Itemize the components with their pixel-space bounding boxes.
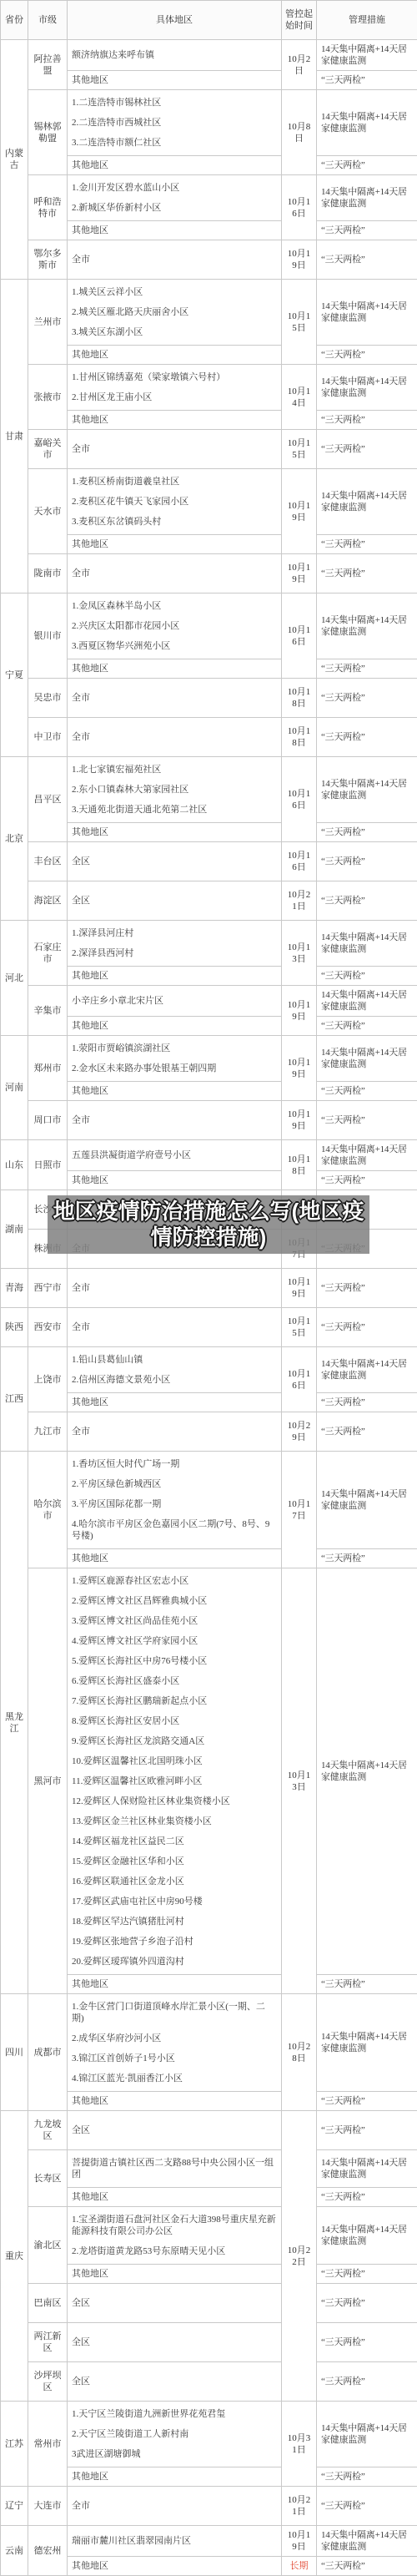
table-row: 渝北区1.宝圣湖街道石盘河社区金石大道398号重庆星充新能源科技有限公司办公区2… — [1, 2207, 417, 2265]
province-cell: 辽宁 — [1, 2487, 28, 2526]
table-row: 黑河市1.爱辉区鹿源春社区宏志小区2.爱辉区博文社区昌辉雅典城小区3.爱辉区博文… — [1, 1568, 417, 1975]
area-item: 11.爱辉区温馨社区欧雅河畔小区 — [72, 1771, 277, 1791]
city-cell: 九江市 — [28, 1412, 68, 1452]
table-row: 丰台区全区10月16日“三天两检” — [1, 842, 417, 881]
control-start-date-cell: 10月19日 — [282, 1101, 317, 1140]
area-item: 8.爱辉区长海社区安居小区 — [72, 1711, 277, 1731]
area-item: 1.二连浩特市锡林社区 — [72, 93, 277, 113]
measure-cell: “三天两检” — [317, 2323, 417, 2362]
area-cell: 1.金牛区营门口街道顶峰水岸汇景小区(一期、二期)2.成华区华府沙河小区3.锦江… — [68, 1994, 282, 2092]
area-item: 瑞丽市麓川社区翡翠园南片区 — [72, 2531, 277, 2551]
table-row: 重庆九龙坡区全区10月22日“三天两检” — [1, 2111, 417, 2150]
city-cell: 两江新区 — [28, 2323, 68, 2362]
measure-cell: “三天两检” — [317, 2284, 417, 2323]
measure-cell: “三天两检” — [317, 842, 417, 881]
table-row: 江西上饶市1.铅山县葛仙山镇2.信州区海德文景苑小区10月16日14天集中隔离+… — [1, 1347, 417, 1393]
city-cell: 西宁市 — [28, 1269, 68, 1308]
area-cell: 其他地区 — [68, 221, 282, 240]
measure-cell: 14天集中隔离+14天居家健康监测 — [317, 90, 417, 156]
header-row: 省份市级具体地区管控起始时间管理措施 — [1, 1, 417, 40]
control-start-date-cell: 10月15日 — [282, 430, 317, 469]
area-cell: 其他地区 — [68, 2188, 282, 2207]
control-start-date-cell: 10月19日 — [282, 1036, 317, 1101]
table-row: 两江新区全区“三天两检” — [1, 2323, 417, 2362]
area-item: 1.铅山县葛仙山镇 — [72, 1350, 277, 1370]
measure-cell: “三天两检” — [317, 2111, 417, 2150]
area-item: 2.二连浩特市西城社区 — [72, 113, 277, 133]
table-row: 四川成都市1.金牛区营门口街道顶峰水岸汇景小区(一期、二期)2.成华区华府沙河小… — [1, 1994, 417, 2092]
province-cell: 陕西 — [1, 1308, 28, 1347]
measure-cell: “三天两检” — [317, 2487, 417, 2526]
measure-cell: “三天两检” — [317, 2362, 417, 2402]
area-item: 额济纳旗达来呼布镇 — [72, 45, 277, 65]
table-row: 鄂尔多斯市全市10月19日“三天两检” — [1, 240, 417, 280]
control-start-date-cell: 10月2日 — [282, 40, 317, 90]
area-cell: 全区 — [68, 2362, 282, 2402]
area-cell: 全市 — [68, 554, 282, 593]
table-row: 吴忠市全市10月18日“三天两检” — [1, 679, 417, 718]
city-cell: 兰州市 — [28, 280, 68, 365]
area-cell: 其他地区 — [68, 1549, 282, 1568]
city-cell: 嘉峪关市 — [28, 430, 68, 469]
area-cell: 其他地区 — [68, 1393, 282, 1412]
area-item: 19.爱辉区张地营子乡泡子沿村 — [72, 1932, 277, 1952]
measure-cell: 14天集中隔离+14天居家健康监测 — [317, 2402, 417, 2467]
area-item: 1.天宁区兰陵街道九洲新世界花苑君玺 — [72, 2404, 277, 2424]
city-cell: 阿拉善盟 — [28, 40, 68, 90]
area-cell: 其他地区 — [68, 823, 282, 842]
control-start-date-cell: 10月16日 — [282, 1347, 317, 1412]
table-row: 河北石家庄市1.深泽县河庄村2.深泽县西河村10月13日14天集中隔离+14天居… — [1, 921, 417, 967]
area-item: 4.哈尔滨市平房区金色嘉园小区二期(7号、8号、9号楼) — [72, 1514, 277, 1546]
table-row: 河南郑州市1.荥阳市贾峪镇滨湖社区2.金水区未来路办事处银基王朝四期10月19日… — [1, 1036, 417, 1082]
area-item: 15.爱辉区金融社区华和小区 — [72, 1851, 277, 1871]
city-cell: 昌平区 — [28, 757, 68, 842]
measure-cell: 14天集中隔离+14天居家健康监测 — [317, 986, 417, 1017]
table-row: 北京昌平区1.北七家镇宏福苑社区2.东小口镇森林大第家园社区3.天通苑北街道天通… — [1, 757, 417, 823]
control-start-date-cell: 10月19日 — [282, 986, 317, 1036]
area-item: 2.甘州区龙王庙小区 — [72, 387, 277, 407]
area-item: 2.城关区雁北路天庆丽舍小区 — [72, 302, 277, 322]
area-cell: 全区 — [68, 881, 282, 921]
control-start-date-cell: 10月19日 — [282, 2526, 317, 2557]
measure-cell: “三天两检” — [317, 554, 417, 593]
measure-cell: “三天两检” — [317, 2467, 417, 2487]
table-row: 周口市全市10月19日“三天两检” — [1, 1101, 417, 1140]
table-row: 宁夏银川市1.金凤区森林半岛小区2.兴庆区太阳都市花园小区3.西夏区物华兴洲苑小… — [1, 593, 417, 659]
area-item: 1.荥阳市贾峪镇滨湖社区 — [72, 1038, 277, 1058]
measure-cell: 14天集中隔离+14天居家健康监测 — [317, 175, 417, 221]
province-cell: 湖南 — [1, 1190, 28, 1269]
city-cell: 哈尔滨市 — [28, 1452, 68, 1568]
province-cell: 四川 — [1, 1994, 28, 2111]
area-cell: 其他地区 — [68, 346, 282, 365]
measure-cell: “三天两检” — [317, 2557, 417, 2576]
area-cell: 1.铅山县葛仙山镇2.信州区海德文景苑小区 — [68, 1347, 282, 1393]
control-start-date-cell: 10月19日 — [282, 1269, 317, 1308]
area-cell: 五莲县洪凝街道学府壹号小区 — [68, 1140, 282, 1171]
area-cell: 1.荥阳市贾峪镇滨湖社区2.金水区未来路办事处银基王朝四期 — [68, 1036, 282, 1082]
city-cell: 呼和浩特市 — [28, 175, 68, 240]
area-cell: 1.爱辉区鹿源春社区宏志小区2.爱辉区博文社区昌辉雅典城小区3.爱辉区博文社区尚… — [68, 1568, 282, 1975]
city-cell: 郑州市 — [28, 1036, 68, 1101]
area-item: 4.锦江区蓝光·凯丽香江小区 — [72, 2068, 277, 2089]
area-cell: 其他地区 — [68, 535, 282, 554]
area-cell: 1.甘州区锦绣嘉苑（梁家墩镇六号村）2.甘州区龙王庙小区 — [68, 365, 282, 411]
area-item: 10.爱辉区温馨社区北国明珠小区 — [72, 1751, 277, 1771]
area-item: 1.城关区云祥小区 — [72, 282, 277, 302]
area-cell: 全市 — [68, 1101, 282, 1140]
measure-cell: “三天两检” — [317, 967, 417, 986]
measure-cell: 14天集中隔离+14天居家健康监测 — [317, 1994, 417, 2092]
column-header-0: 省份 — [1, 1, 28, 40]
area-item: 2.信州区海德文景苑小区 — [72, 1370, 277, 1390]
measure-cell: “三天两检” — [317, 221, 417, 240]
measure-cell: “三天两检” — [317, 71, 417, 90]
city-cell: 上饶市 — [28, 1347, 68, 1412]
table-row: 张掖市1.甘州区锦绣嘉苑（梁家墩镇六号村）2.甘州区龙王庙小区10月14日14天… — [1, 365, 417, 411]
province-cell: 内蒙古 — [1, 40, 28, 280]
area-item: 4.爱辉区博文社区学府家园小区 — [72, 1631, 277, 1651]
city-cell: 张掖市 — [28, 365, 68, 430]
page: 省份市级具体地区管控起始时间管理措施 内蒙古阿拉善盟额济纳旗达来呼布镇10月2日… — [0, 0, 417, 2576]
measure-cell: “三天两检” — [317, 1975, 417, 1994]
measure-cell: “三天两检” — [317, 1101, 417, 1140]
city-cell: 沙坪坝区 — [28, 2362, 68, 2402]
table-row: 青海西宁市全市10月19日“三天两检” — [1, 1269, 417, 1308]
area-item: 2.东小口镇森林大第家园社区 — [72, 780, 277, 800]
area-item: 2.天宁区兰陵街道工人新村南 — [72, 2424, 277, 2444]
measure-cell: “三天两检” — [317, 1082, 417, 1101]
province-cell: 河南 — [1, 1036, 28, 1140]
area-cell: 1.金凤区森林半岛小区2.兴庆区太阳都市花园小区3.西夏区物华兴洲苑小区 — [68, 593, 282, 659]
measure-cell: 14天集中隔离+14天居家健康监测 — [317, 2526, 417, 2557]
table-row: 陕西西安市全市10月15日“三天两检” — [1, 1308, 417, 1347]
measure-cell: 14天集中隔离+14天居家健康监测 — [317, 2207, 417, 2265]
measure-cell: 14天集中隔离+14天居家健康监测 — [317, 1140, 417, 1171]
measure-cell: “三天两检” — [317, 1308, 417, 1347]
control-start-date-cell: 10月13日 — [282, 921, 317, 986]
area-item: 1.金凤区森林半岛小区 — [72, 596, 277, 616]
area-cell: 全市 — [68, 240, 282, 280]
area-cell: 1.金川开发区碧水蓝山小区2.新城区华侨新村小区 — [68, 175, 282, 221]
control-start-date-cell: 10月16日 — [282, 593, 317, 679]
area-item: 2.成华区华府沙河小区 — [72, 2028, 277, 2048]
area-item: 1.香坊区恒大时代广场一期 — [72, 1454, 277, 1474]
control-start-date-cell: 10月13日 — [282, 1568, 317, 1994]
province-cell: 山东 — [1, 1140, 28, 1190]
table-row: 呼和浩特市1.金川开发区碧水蓝山小区2.新城区华侨新村小区10月16日14天集中… — [1, 175, 417, 221]
area-item: 1.深泽县河庄村 — [72, 923, 277, 943]
area-item: 2.深泽县西河村 — [72, 943, 277, 963]
measure-cell: 14天集中隔离+14天居家健康监测 — [317, 365, 417, 411]
area-item: 5.爱辉区长海社区中房76号楼小区 — [72, 1651, 277, 1671]
table-row: 江苏常州市1.天宁区兰陵街道九洲新世界花苑君玺2.天宁区兰陵街道工人新村南3武进… — [1, 2402, 417, 2467]
measure-cell: “三天两检” — [317, 1393, 417, 1412]
area-cell: 全区 — [68, 2323, 282, 2362]
table-row: 长寿区菩提街道古镇社区西二支路88号中央公园小区一组团14天集中隔离+14天居家… — [1, 2150, 417, 2188]
measure-cell: 14天集中隔离+14天居家健康监测 — [317, 2150, 417, 2188]
control-start-date-cell: 10月18日 — [282, 718, 317, 757]
measure-cell: “三天两检” — [317, 823, 417, 842]
area-cell: 全市 — [68, 1308, 282, 1347]
table-row: 天水市1.麦积区桥南街道羲皇社区2.麦积区花牛镇天飞家园小区3.麦积区东岔镇码头… — [1, 469, 417, 535]
control-start-date-cell: 10月17日 — [282, 1452, 317, 1568]
control-start-date-cell: 10月19日 — [282, 240, 317, 280]
area-cell: 其他地区 — [68, 156, 282, 175]
measure-cell: “三天两检” — [317, 1412, 417, 1452]
region-measures-table: 省份市级具体地区管控起始时间管理措施 内蒙古阿拉善盟额济纳旗达来呼布镇10月2日… — [0, 0, 417, 2576]
area-cell: 全市 — [68, 1269, 282, 1308]
area-item: 1.麦积区桥南街道羲皇社区 — [72, 472, 277, 492]
city-cell: 银川市 — [28, 593, 68, 679]
table-row: 山东日照市五莲县洪凝街道学府壹号小区10月18日14天集中隔离+14天居家健康监… — [1, 1140, 417, 1171]
measure-cell: “三天两检” — [317, 240, 417, 280]
area-item: 2.爱辉区博文社区昌辉雅典城小区 — [72, 1591, 277, 1611]
table-row: 海淀区全区10月21日“三天两检” — [1, 881, 417, 921]
area-item: 2.龙塔街道黄龙路53号东原晴天见小区 — [72, 2241, 277, 2261]
area-cell: 其他地区 — [68, 2092, 282, 2111]
column-header-4: 管理措施 — [317, 1, 417, 40]
control-start-date-cell: 10月29日 — [282, 1412, 317, 1452]
city-cell: 丰台区 — [28, 842, 68, 881]
province-cell: 宁夏 — [1, 593, 28, 757]
table-row: 嘉峪关市全市10月15日“三天两检” — [1, 430, 417, 469]
measure-cell: “三天两检” — [317, 156, 417, 175]
measure-cell: “三天两检” — [317, 346, 417, 365]
table-row: 中卫市全市10月18日“三天两检” — [1, 718, 417, 757]
city-cell: 常州市 — [28, 2402, 68, 2487]
area-cell: 1.香坊区恒大时代广场一期2.平房区绿色新城西区3.平房区国际花都一期4.哈尔滨… — [68, 1452, 282, 1549]
measure-cell: 14天集中隔离+14天居家健康监测 — [317, 469, 417, 535]
city-cell: 周口市 — [28, 1101, 68, 1140]
measure-cell: “三天两检” — [317, 1549, 417, 1568]
table-row: 黑龙江哈尔滨市1.香坊区恒大时代广场一期2.平房区绿色新城西区3.平房区国际花都… — [1, 1452, 417, 1549]
area-cell: 其他地区 — [68, 1017, 282, 1036]
control-start-date-cell: 10月14日 — [282, 365, 317, 430]
area-cell: 全区 — [68, 2111, 282, 2150]
city-cell: 成都市 — [28, 1994, 68, 2111]
area-cell: 1.深泽县河庄村2.深泽县西河村 — [68, 921, 282, 967]
area-item: 16.爱辉区联通社区金龙小区 — [72, 1871, 277, 1892]
area-cell: 瑞丽市麓川社区翡翠园南片区 — [68, 2526, 282, 2557]
measure-cell: “三天两检” — [317, 2092, 417, 2111]
area-cell: 1.麦积区桥南街道羲皇社区2.麦积区花牛镇天飞家园小区3.麦积区东岔镇码头村 — [68, 469, 282, 535]
measure-cell: “三天两检” — [317, 1269, 417, 1308]
measure-cell: “三天两检” — [317, 718, 417, 757]
area-item: 1.爱辉区鹿源春社区宏志小区 — [72, 1571, 277, 1591]
table-row: 巴南区全区“三天两检” — [1, 2284, 417, 2323]
city-cell: 德宏州 — [28, 2526, 68, 2576]
table-row: 云南德宏州瑞丽市麓川社区翡翠园南片区10月19日14天集中隔离+14天居家健康监… — [1, 2526, 417, 2557]
province-cell: 云南 — [1, 2526, 28, 2576]
table-row: 锡林郭勒盟1.二连浩特市锡林社区2.二连浩特市西城社区3.二连浩特市额仁社区10… — [1, 90, 417, 156]
area-cell: 全市 — [68, 430, 282, 469]
city-cell: 长寿区 — [28, 2150, 68, 2207]
measure-cell: “三天两检” — [317, 2265, 417, 2284]
area-item: 2.麦积区花牛镇天飞家园小区 — [72, 492, 277, 512]
measure-cell: “三天两检” — [317, 1171, 417, 1190]
area-cell: 全区 — [68, 842, 282, 881]
measure-cell: 14天集中隔离+14天居家健康监测 — [317, 1568, 417, 1975]
control-start-date-cell: 10月18日 — [282, 1140, 317, 1190]
area-item: 7.爱辉区长海社区鹏瑞新起点小区 — [72, 1691, 277, 1711]
province-cell: 甘肃 — [1, 280, 28, 593]
city-cell: 鄂尔多斯市 — [28, 240, 68, 280]
city-cell: 日照市 — [28, 1140, 68, 1190]
area-item: 2.金水区未来路办事处银基王朝四期 — [72, 1058, 277, 1078]
area-item: 小辛庄乡小章北宋片区 — [72, 991, 277, 1011]
area-item: 3.天通苑北街道天通北苑第二社区 — [72, 800, 277, 820]
area-item: 3.城关区东湖小区 — [72, 322, 277, 342]
city-cell: 九龙坡区 — [28, 2111, 68, 2150]
province-cell: 江西 — [1, 1347, 28, 1452]
control-start-date-cell: 长期 — [282, 2557, 317, 2576]
area-item: 1.宝圣湖街道石盘河社区金石大道398号重庆星充新能源科技有限公司办公区 — [72, 2210, 277, 2241]
area-cell: 其他地区 — [68, 411, 282, 430]
measure-cell: 14天集中隔离+14天居家健康监测 — [317, 280, 417, 346]
control-start-date-cell: 10月8日 — [282, 90, 317, 175]
area-cell: 其他地区 — [68, 1975, 282, 1994]
area-cell: 全市 — [68, 1412, 282, 1452]
table-row: 陇南市全市10月19日“三天两检” — [1, 554, 417, 593]
control-start-date-cell: 10月15日 — [282, 280, 317, 365]
area-item: 2.平房区绿色新城西区 — [72, 1474, 277, 1494]
province-cell: 重庆 — [1, 2111, 28, 2402]
city-cell: 西安市 — [28, 1308, 68, 1347]
area-cell: 全市 — [68, 718, 282, 757]
city-cell: 陇南市 — [28, 554, 68, 593]
measure-cell: 14天集中隔离+14天居家健康监测 — [317, 593, 417, 659]
area-item: 3.西夏区物华兴洲苑小区 — [72, 636, 277, 656]
column-header-1: 市级 — [28, 1, 68, 40]
area-cell: 菩提街道古镇社区西二支路88号中央公园小区一组团 — [68, 2150, 282, 2188]
area-item: 6.爱辉区长海社区盛泰小区 — [72, 1671, 277, 1691]
area-cell: 其他地区 — [68, 967, 282, 986]
area-cell: 1.城关区云祥小区2.城关区雁北路天庆丽舍小区3.城关区东湖小区 — [68, 280, 282, 346]
table-body: 内蒙古阿拉善盟额济纳旗达来呼布镇10月2日14天集中隔离+14天居家健康监测其他… — [1, 40, 417, 2576]
city-cell: 吴忠市 — [28, 679, 68, 718]
measure-cell: “三天两检” — [317, 535, 417, 554]
area-cell: 其他地区 — [68, 659, 282, 679]
city-cell: 巴南区 — [28, 2284, 68, 2323]
area-item: 17.爱辉区武庙屯社区中房90号楼 — [72, 1892, 277, 1912]
area-item: 1.金川开发区碧水蓝山小区 — [72, 178, 277, 198]
province-cell: 江苏 — [1, 2402, 28, 2487]
measure-cell: 14天集中隔离+14天居家健康监测 — [317, 1036, 417, 1082]
area-cell: 额济纳旗达来呼布镇 — [68, 40, 282, 71]
area-item: 3.爱辉区博文社区尚品佳苑小区 — [72, 1611, 277, 1631]
table-header: 省份市级具体地区管控起始时间管理措施 — [1, 1, 417, 40]
area-item: 1.甘州区锦绣嘉苑（梁家墩镇六号村） — [72, 367, 277, 387]
area-item: 20.爱辉区瑷珲镇外四道沟村 — [72, 1952, 277, 1972]
control-start-date-cell: 10月21日 — [282, 2487, 317, 2526]
control-start-date-cell: 10月22日 — [282, 2111, 317, 2402]
area-cell: 小辛庄乡小章北宋片区 — [68, 986, 282, 1017]
area-item: 3.麦积区东岔镇码头村 — [72, 512, 277, 532]
area-cell: 1.天宁区兰陵街道九洲新世界花苑君玺2.天宁区兰陵街道工人新村南3武进区湖塘御城 — [68, 2402, 282, 2467]
control-start-date-cell: 10月16日 — [282, 757, 317, 842]
area-cell: 其他地区 — [68, 1171, 282, 1190]
city-cell: 锡林郭勒盟 — [28, 90, 68, 175]
table-row: 沙坪坝区全区“三天两检” — [1, 2362, 417, 2402]
measure-cell: “三天两检” — [317, 411, 417, 430]
article-title-overlay: 地区疫情防治措施怎么写(地区疫情防控措施) — [48, 1195, 369, 1254]
measure-cell: 14天集中隔离+14天居家健康监测 — [317, 1347, 417, 1393]
area-cell: 全区 — [68, 2284, 282, 2323]
table-row: 辽宁大连市全市10月21日“三天两检” — [1, 2487, 417, 2526]
area-item: 13.爱辉区金兰社区林业集资楼小区 — [72, 1811, 277, 1831]
measure-cell: “三天两检” — [317, 881, 417, 921]
city-cell: 海淀区 — [28, 881, 68, 921]
area-cell: 其他地区 — [68, 71, 282, 90]
control-start-date-cell: 10月21日 — [282, 881, 317, 921]
column-header-2: 具体地区 — [68, 1, 282, 40]
city-cell: 石家庄市 — [28, 921, 68, 986]
measure-cell: 14天集中隔离+14天居家健康监测 — [317, 40, 417, 71]
control-start-date-cell: 10月19日 — [282, 554, 317, 593]
area-item: 9.爱辉区长海社区龙滨路交通A区 — [72, 1731, 277, 1751]
area-item: 3.二连浩特市额仁社区 — [72, 133, 277, 153]
measure-cell: 14天集中隔离+14天居家健康监测 — [317, 921, 417, 967]
area-item: 18.爱辉区罕达汽镇猪肚河村 — [72, 1912, 277, 1932]
area-item: 3.平房区国际花都一期 — [72, 1494, 277, 1514]
area-cell: 全市 — [68, 679, 282, 718]
control-start-date-cell: 10月19日 — [282, 469, 317, 554]
area-item: 14.爱辉区福龙社区益民二区 — [72, 1831, 277, 1851]
column-header-3: 管控起始时间 — [282, 1, 317, 40]
measure-cell: 14天集中隔离+14天居家健康监测 — [317, 1452, 417, 1549]
area-cell: 其他地区 — [68, 2557, 282, 2576]
area-cell: 其他地区 — [68, 1082, 282, 1101]
measure-cell: “三天两检” — [317, 1017, 417, 1036]
area-item: 3.锦江区首创娇子1号小区 — [72, 2048, 277, 2068]
area-cell: 全市 — [68, 2487, 282, 2526]
control-start-date-cell: 10月15日 — [282, 1308, 317, 1347]
area-item: 五莲县洪凝街道学府壹号小区 — [72, 1145, 277, 1165]
area-item: 3武进区湖塘御城 — [72, 2444, 277, 2464]
area-item: 1.北七家镇宏福苑社区 — [72, 760, 277, 780]
table-row: 甘肃兰州市1.城关区云祥小区2.城关区雁北路天庆丽舍小区3.城关区东湖小区10月… — [1, 280, 417, 346]
city-cell: 黑河市 — [28, 1568, 68, 1994]
area-item: 2.兴庆区太阳都市花园小区 — [72, 616, 277, 636]
table-row: 辛集市小辛庄乡小章北宋片区10月19日14天集中隔离+14天居家健康监测 — [1, 986, 417, 1017]
area-item: 1.金牛区营门口街道顶峰水岸汇景小区(一期、二期) — [72, 1997, 277, 2028]
city-cell: 辛集市 — [28, 986, 68, 1036]
control-start-date-cell: 10月31日 — [282, 2402, 317, 2487]
area-cell: 1.二连浩特市锡林社区2.二连浩特市西城社区3.二连浩特市额仁社区 — [68, 90, 282, 156]
province-cell: 黑龙江 — [1, 1452, 28, 1994]
area-item: 2.新城区华侨新村小区 — [72, 198, 277, 218]
area-cell: 1.北七家镇宏福苑社区2.东小口镇森林大第家园社区3.天通苑北街道天通北苑第二社… — [68, 757, 282, 823]
area-cell: 1.宝圣湖街道石盘河社区金石大道398号重庆星充新能源科技有限公司办公区2.龙塔… — [68, 2207, 282, 2265]
city-cell: 渝北区 — [28, 2207, 68, 2284]
control-start-date-cell: 10月16日 — [282, 175, 317, 240]
province-cell: 北京 — [1, 757, 28, 921]
control-start-date-cell: 10月18日 — [282, 679, 317, 718]
table-row: 内蒙古阿拉善盟额济纳旗达来呼布镇10月2日14天集中隔离+14天居家健康监测 — [1, 40, 417, 71]
area-cell: 其他地区 — [68, 2467, 282, 2487]
measure-cell: “三天两检” — [317, 2188, 417, 2207]
area-item: 12.爱辉区人保财险社区林业集资楼小区 — [72, 1791, 277, 1811]
measure-cell: 14天集中隔离+14天居家健康监测 — [317, 757, 417, 823]
area-item: 菩提街道古镇社区西二支路88号中央公园小区一组团 — [72, 2153, 277, 2185]
control-start-date-cell: 10月28日 — [282, 1994, 317, 2111]
city-cell: 中卫市 — [28, 718, 68, 757]
measure-cell: “三天两检” — [317, 679, 417, 718]
area-cell: 其他地区 — [68, 2265, 282, 2284]
control-start-date-cell: 10月16日 — [282, 842, 317, 881]
